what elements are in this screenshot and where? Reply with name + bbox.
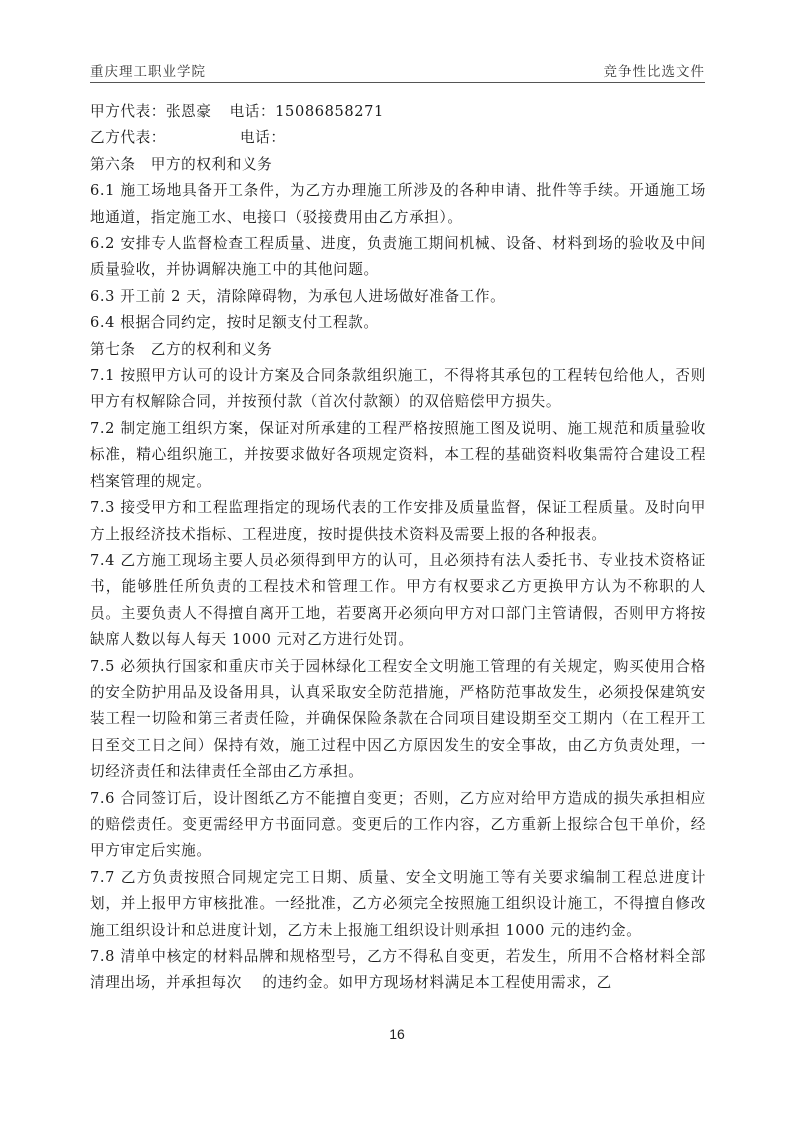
clause-6-3: 6.3 开工前 2 天，清除障碍物，为承包人进场做好准备工作。 xyxy=(90,284,706,310)
clause-7-4: 7.4 乙方施工现场主要人员必须得到甲方的认可，且必须持有法人委托书、专业技术资… xyxy=(90,548,706,654)
clause-7-5: 7.5 必须执行国家和重庆市关于园林绿化工程安全文明施工管理的有关规定，购买使用… xyxy=(90,654,706,786)
party-a-name: 张恩豪 xyxy=(166,99,212,125)
clause-7-6: 7.6 合同签订后，设计图纸乙方不能擅自变更；否则，乙方应对给甲方造成的损失承担… xyxy=(90,786,706,865)
clause-7-3: 7.3 接受甲方和工程监理指定的现场代表的工作安排及质量监督，保证工程质量。及时… xyxy=(90,495,706,548)
clause-7-8: 7.8 清单中核定的材料品牌和规格型号，乙方不得私自变更，若发生，所用不合格材料… xyxy=(90,944,706,997)
header-document-type: 竞争性比选文件 xyxy=(604,60,706,80)
clause-7-2: 7.2 制定施工组织方案，保证对所承建的工程严格按照施工图及说明、施工规范和质量… xyxy=(90,416,706,495)
clause-6-1: 6.1 施工场地具备开工条件，为乙方办理施工所涉及的各种申请、批件等手续。开通施… xyxy=(90,178,706,231)
party-b-representative-line: 乙方代表：电话： xyxy=(90,125,706,151)
clause-7-1: 7.1 按照甲方认可的设计方案及合同条款组织施工，不得将其承包的工程转包给他人，… xyxy=(90,363,706,416)
page-header: 重庆理工职业学院 竞争性比选文件 xyxy=(90,58,705,83)
party-a-phone: 15086858271 xyxy=(275,99,384,125)
clause-6-2: 6.2 安排专人监督检查工程质量、进度，负责施工期间机械、设备、材料到场的验收及… xyxy=(90,231,706,284)
party-a-label: 甲方代表： xyxy=(90,99,166,125)
party-a-representative-line: 甲方代表：张恩豪电话：15086858271 xyxy=(90,99,706,125)
document-body: 甲方代表：张恩豪电话：15086858271 乙方代表：电话： 第六条 甲方的权… xyxy=(90,99,706,997)
article-7-heading: 第七条 乙方的权利和义务 xyxy=(90,337,706,363)
header-institution: 重庆理工职业学院 xyxy=(90,60,206,80)
clause-6-4: 6.4 根据合同约定，按时足额支付工程款。 xyxy=(90,310,706,336)
party-b-label: 乙方代表： xyxy=(90,125,166,151)
page-number: 16 xyxy=(0,1026,794,1042)
clause-7-7: 7.7 乙方负责按照合同规定完工日期、质量、安全文明施工等有关要求编制工程总进度… xyxy=(90,865,706,944)
article-6-heading: 第六条 甲方的权利和义务 xyxy=(90,152,706,178)
party-a-phone-label: 电话： xyxy=(230,99,276,125)
party-b-phone-label: 电话： xyxy=(240,125,286,151)
